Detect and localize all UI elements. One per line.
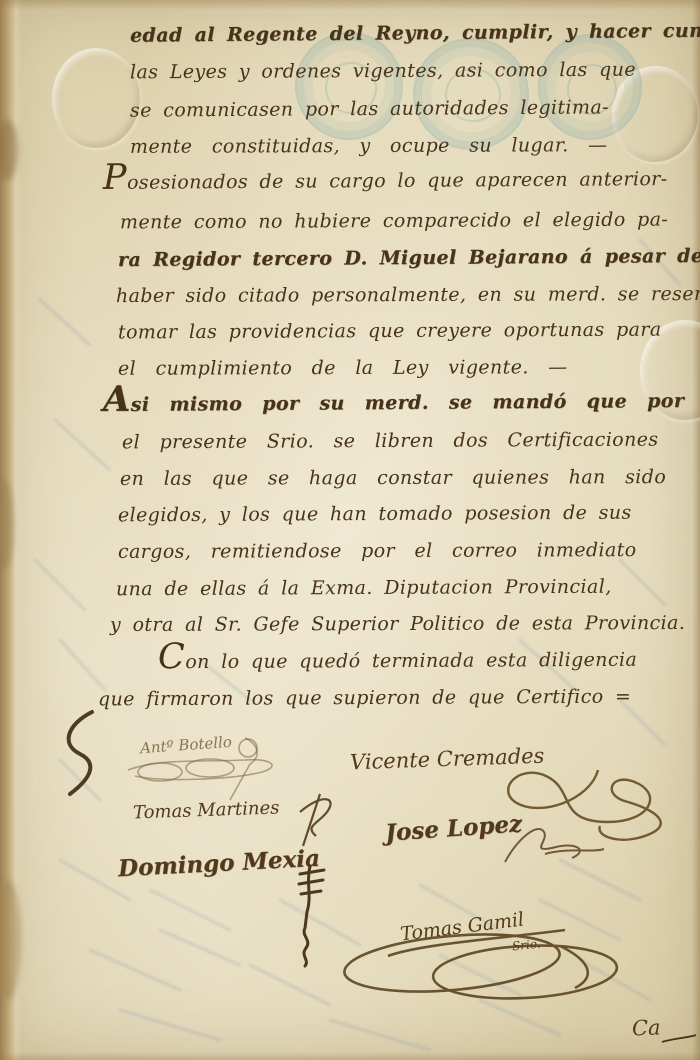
manuscript-line: mente constituidas, y ocupe su lugar. — — [130, 134, 608, 158]
manuscript-line: haber sido citado personalmente, en su m… — [116, 283, 700, 307]
manuscript-line: las Leyes y ordenes vigentes, asi como l… — [130, 59, 636, 84]
rubric-mexia — [299, 866, 324, 966]
rubric-gamil — [342, 927, 618, 1003]
manuscript-line: Con lo que quedó terminada esta diligenc… — [158, 649, 637, 674]
manuscript-line: que firmaron los que supieron de que Cer… — [98, 686, 631, 711]
manuscript-line: Posesionados de su cargo lo que aparecen… — [103, 168, 668, 194]
manuscript-page: edad al Regente del Reyno, cumplir, y ha… — [0, 0, 700, 1060]
manuscript-line: tomar las providencias que creyere oport… — [118, 319, 662, 344]
blue-stamp-icon — [413, 38, 529, 150]
catchword: Ca — [632, 1016, 661, 1041]
signature-gamil: Tomas Gamil — [399, 908, 525, 945]
paper-edge-right — [692, 0, 700, 1060]
manuscript-line: una de ellas á la Exma. Diputacion Provi… — [116, 576, 612, 601]
manuscript-line: se comunicasen por las autoridades legit… — [130, 96, 609, 121]
blue-stamp-icon — [295, 32, 403, 140]
manuscript-line: elegidos, y los que han tomado posesion … — [118, 502, 632, 527]
paper-edge-bottom — [0, 1052, 700, 1060]
rubric-cremades — [508, 770, 661, 840]
manuscript-line: Asi mismo por su merd. se mandó que por — [103, 390, 684, 416]
signature-gamil-title: Srio. — [511, 937, 541, 954]
manuscript-line: ra Regidor tercero D. Miguel Bejarano á … — [118, 245, 700, 271]
rubric-martines — [300, 794, 331, 846]
paper-edge-top — [0, 0, 700, 10]
blue-stamp-icon — [538, 34, 642, 140]
signature-botello: Antº Botello — [139, 733, 232, 757]
manuscript-line: mente como no hubiere comparecido el ele… — [120, 209, 668, 234]
manuscript-line: y otra al Sr. Gefe Superior Politico de … — [110, 612, 685, 636]
signature-mexia: Domingo Mexia — [117, 845, 320, 883]
catchword-flourish — [662, 1035, 696, 1042]
embossed-seal-icon — [52, 48, 140, 148]
manuscript-line: el cumplimiento de la Ley vigente. — — [118, 356, 568, 380]
signature-cremades: Vicente Cremades — [350, 744, 545, 775]
signature-lopez: Jose Lopez — [384, 810, 523, 846]
manuscript-line: el presente Srio. se libren dos Certific… — [122, 429, 659, 454]
margin-bracket-mark — [69, 712, 92, 794]
manuscript-line: en las que se haga constar quienes han s… — [120, 466, 666, 490]
signature-martines: Tomas Martines — [133, 797, 280, 823]
manuscript-line: cargos, remitiendose por el correo inmed… — [118, 539, 637, 563]
